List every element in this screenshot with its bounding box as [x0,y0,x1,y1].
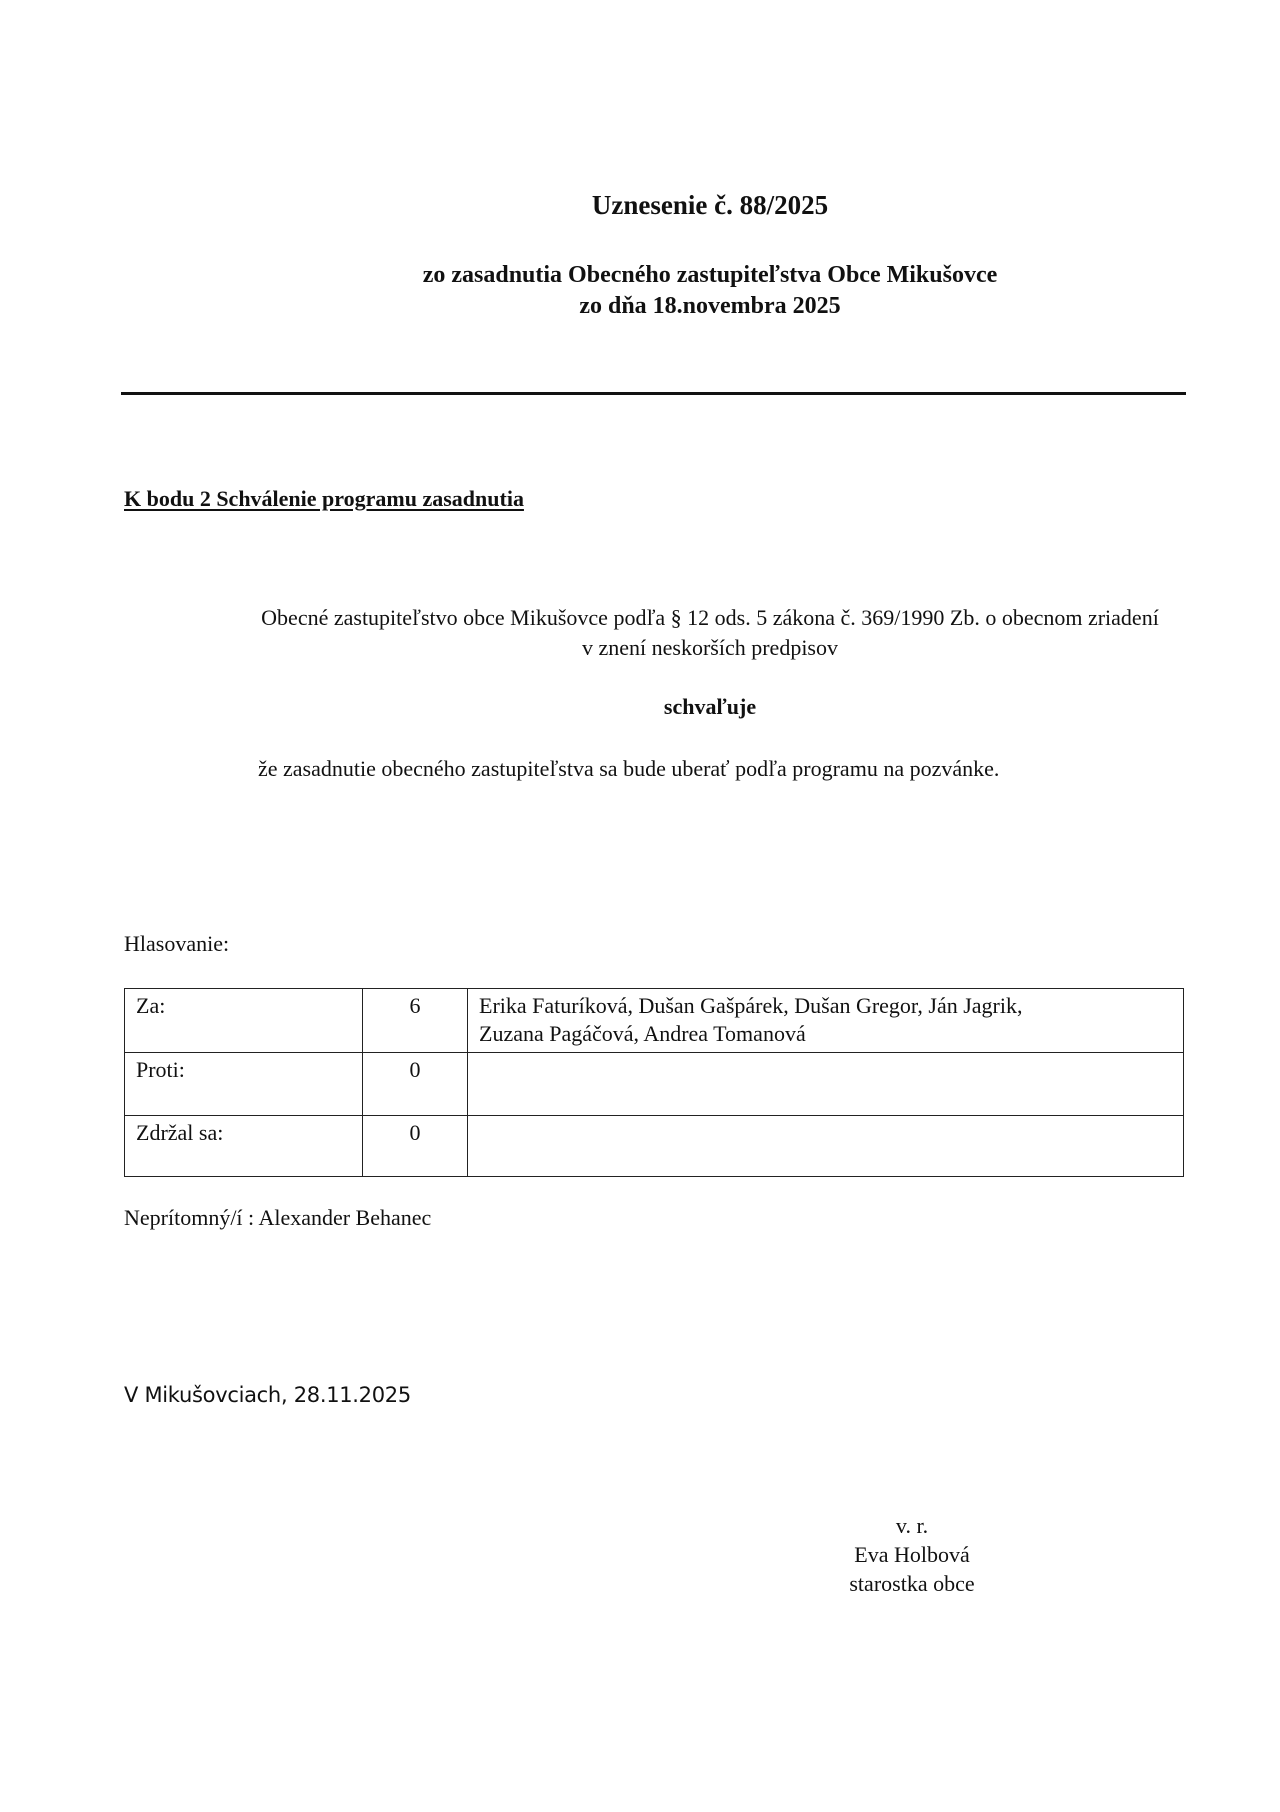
agenda-item-heading: K bodu 2 Schválenie programu zasadnutia [124,486,524,512]
signature-block: v. r. Eva Holbová starostka obce [812,1511,1012,1598]
vote-count: 0 [363,1053,468,1116]
legal-basis-text: Obecné zastupiteľstvo obce Mikušovce pod… [70,605,1280,631]
absent-members: Neprítomný/í : Alexander Behanec [124,1205,431,1231]
voting-table: Za: 6 Erika Faturíková, Dušan Gašpárek, … [124,988,1184,1177]
vote-count: 0 [363,1116,468,1177]
meeting-date: zo dňa 18.novembra 2025 [70,293,1280,320]
voter-names [468,1053,1184,1116]
place-and-date: V Mikušovciach, 28.11.2025 [124,1383,411,1407]
decision-text: že zasadnutie obecného zastupiteľstva sa… [258,756,999,782]
voter-names [468,1116,1184,1177]
vote-row-against: Proti: 0 [125,1053,1184,1116]
decision-verb: schvaľuje [70,694,1280,720]
signatory-name: Eva Holbová [812,1540,1012,1569]
voter-names-line: Erika Faturíková, Dušan Gašpárek, Dušan … [479,992,1173,1020]
vote-label: Zdržal sa: [125,1116,363,1177]
voter-names: Erika Faturíková, Dušan Gašpárek, Dušan … [468,989,1184,1053]
header-divider [121,392,1186,395]
signature-note: v. r. [812,1511,1012,1540]
resolution-title: Uznesenie č. 88/2025 [70,190,1280,221]
meeting-subtitle: zo zasadnutia Obecného zastupiteľstva Ob… [70,262,1280,289]
vote-label: Proti: [125,1053,363,1116]
signatory-role: starostka obce [812,1569,1012,1598]
legal-basis-text-continued: v znení neskorších predpisov [70,635,1280,661]
vote-row-abstain: Zdržal sa: 0 [125,1116,1184,1177]
vote-row-for: Za: 6 Erika Faturíková, Dušan Gašpárek, … [125,989,1184,1053]
voting-label: Hlasovanie: [124,931,229,957]
vote-count: 6 [363,989,468,1053]
voter-names-line: Zuzana Pagáčová, Andrea Tomanová [479,1020,1173,1048]
vote-label: Za: [125,989,363,1053]
